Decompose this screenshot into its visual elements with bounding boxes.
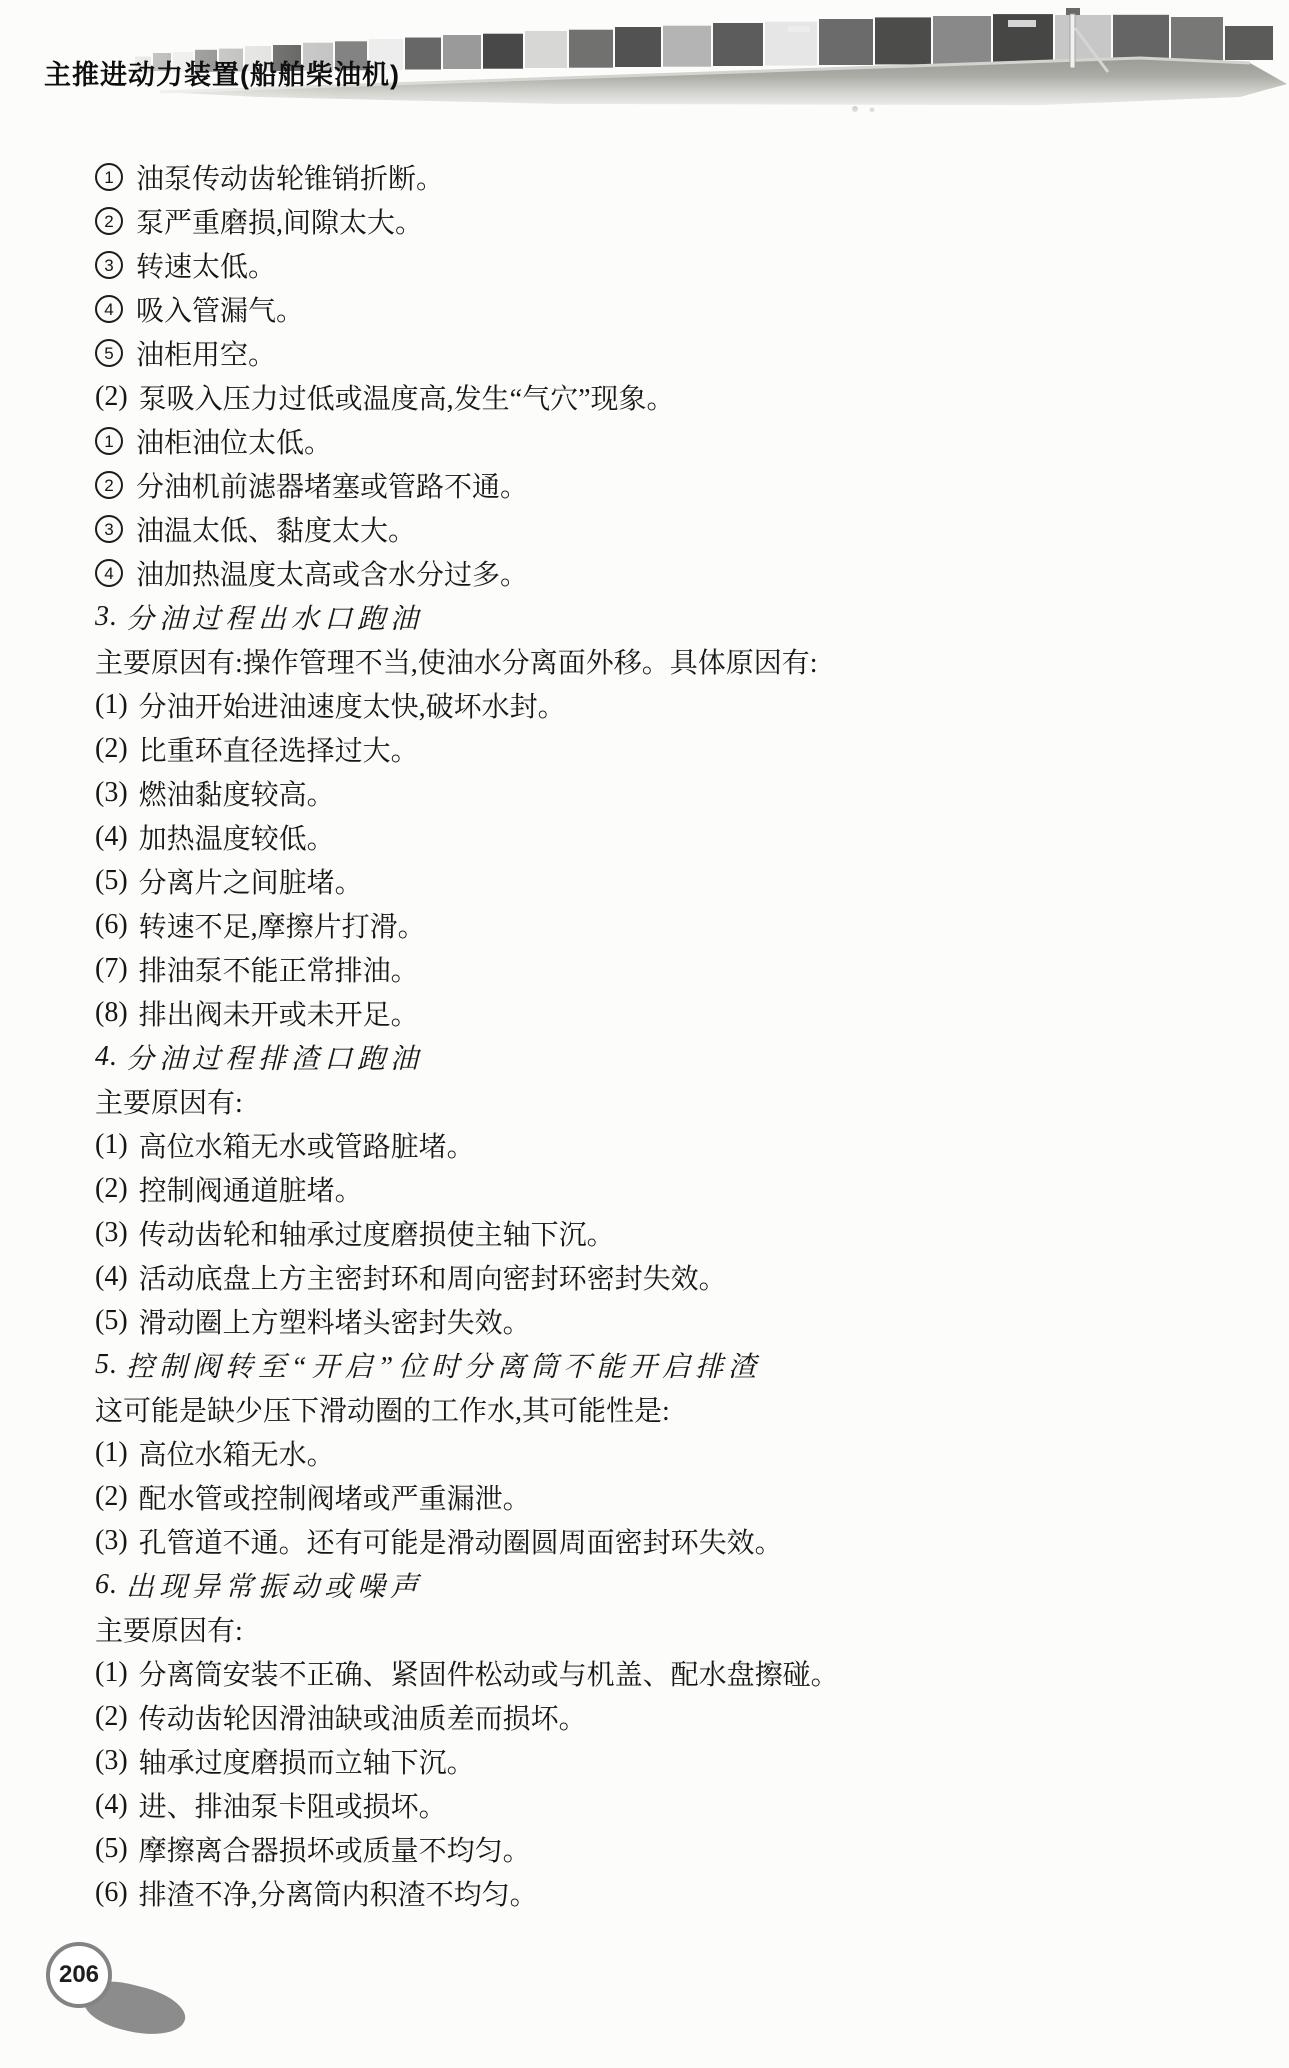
text-line: (4)进、排油泵卡阻或损坏。 [95, 1783, 1235, 1827]
text-line: (2)配水管或控制阀堵或严重漏泄。 [95, 1475, 1235, 1519]
text-line: (3)燃油黏度较高。 [95, 771, 1235, 815]
circled-number: 1 [95, 427, 123, 455]
text-line: 6.出现异常振动或噪声 [95, 1563, 1235, 1607]
line-text: 吸入管漏气。 [136, 289, 304, 329]
line-text: 油柜用空。 [136, 333, 276, 373]
item-marker: (6) [95, 909, 128, 941]
text-line: (2)控制阀通道脏堵。 [95, 1167, 1235, 1211]
item-marker: (2) [95, 381, 128, 413]
line-text: 泵严重磨损,间隙太大。 [136, 201, 423, 241]
text-line: 主要原因有: [95, 1607, 1235, 1651]
line-text: 加热温度较低。 [139, 817, 335, 857]
item-marker: (1) [95, 1129, 128, 1161]
circled-number: 2 [95, 471, 123, 499]
item-marker: (6) [95, 1877, 128, 1909]
text-line: (5)滑动圈上方塑料堵头密封失效。 [95, 1299, 1235, 1343]
text-line: (2)比重环直径选择过大。 [95, 727, 1235, 771]
text-line: (6)转速不足,摩擦片打滑。 [95, 903, 1235, 947]
item-marker: (1) [95, 689, 128, 721]
line-text: 滑动圈上方塑料堵头密封失效。 [139, 1301, 531, 1341]
page-title: 主推进动力装置(船舶柴油机) [44, 53, 400, 92]
book-page: 主推进动力装置(船舶柴油机) 1油泵传动齿轮锥销折断。2泵严重磨损,间隙太大。3… [0, 0, 1289, 2068]
text-line: (4)加热温度较低。 [95, 815, 1235, 859]
line-text: 控制阀转至“开启”位时分离筒不能开启排渣 [126, 1345, 761, 1385]
item-marker: (5) [95, 865, 128, 897]
line-text: 比重环直径选择过大。 [139, 729, 419, 769]
text-line: (2)传动齿轮因滑油缺或油质差而损坏。 [95, 1695, 1235, 1739]
item-marker: 4. [95, 1041, 118, 1073]
line-text: 油柜油位太低。 [136, 421, 332, 461]
line-text: 高位水箱无水或管路脏堵。 [139, 1125, 475, 1165]
item-marker: (3) [95, 777, 128, 809]
circled-number: 5 [95, 339, 123, 367]
text-line: (3)轴承过度磨损而立轴下沉。 [95, 1739, 1235, 1783]
line-text: 摩擦离合器损坏或质量不均匀。 [139, 1829, 531, 1869]
text-line: 1油柜油位太低。 [95, 419, 1235, 463]
line-text: 排出阀未开或未开足。 [139, 993, 419, 1033]
page-number: 206 [59, 1961, 99, 1989]
page-number-badge: 206 [46, 1942, 112, 2008]
line-text: 油温太低、黏度太大。 [136, 509, 416, 549]
item-marker: (2) [95, 733, 128, 765]
circled-number: 3 [95, 515, 123, 543]
line-text: 出现异常振动或噪声 [126, 1565, 423, 1605]
line-text: 高位水箱无水。 [139, 1433, 335, 1473]
line-text: 分油过程排渣口跑油 [126, 1037, 423, 1077]
item-marker: (4) [95, 1261, 128, 1293]
item-marker: (1) [95, 1657, 128, 1689]
item-marker: (8) [95, 997, 128, 1029]
line-text: 分油开始进油速度太快,破坏水封。 [139, 685, 566, 725]
text-line: (7)排油泵不能正常排油。 [95, 947, 1235, 991]
item-marker: (4) [95, 821, 128, 853]
text-line: 3油温太低、黏度太大。 [95, 507, 1235, 551]
item-marker: (7) [95, 953, 128, 985]
text-line: 主要原因有: [95, 1079, 1235, 1123]
line-text: 轴承过度磨损而立轴下沉。 [139, 1741, 475, 1781]
circled-number: 4 [95, 295, 123, 323]
line-text: 控制阀通道脏堵。 [139, 1169, 363, 1209]
item-marker: (2) [95, 1481, 128, 1513]
line-text: 孔管道不通。还有可能是滑动圈圆周面密封环失效。 [139, 1521, 783, 1561]
line-text: 泵吸入压力过低或温度高,发生“气穴”现象。 [139, 377, 675, 417]
text-line: (3)传动齿轮和轴承过度磨损使主轴下沉。 [95, 1211, 1235, 1255]
line-text: 配水管或控制阀堵或严重漏泄。 [139, 1477, 531, 1517]
item-marker: (3) [95, 1525, 128, 1557]
line-text: 排油泵不能正常排油。 [139, 949, 419, 989]
line-text: 主要原因有: [95, 1081, 243, 1121]
text-line: (1)高位水箱无水。 [95, 1431, 1235, 1475]
line-text: 转速太低。 [136, 245, 276, 285]
text-line: (3)孔管道不通。还有可能是滑动圈圆周面密封环失效。 [95, 1519, 1235, 1563]
line-text: 分油过程出水口跑油 [126, 597, 423, 637]
item-marker: (3) [95, 1217, 128, 1249]
line-text: 分离筒安装不正确、紧固件松动或与机盖、配水盘擦碰。 [139, 1653, 839, 1693]
text-line: 3转速太低。 [95, 243, 1235, 287]
item-marker: (4) [95, 1789, 128, 1821]
text-line: (1)分油开始进油速度太快,破坏水封。 [95, 683, 1235, 727]
content-lines: 1油泵传动齿轮锥销折断。2泵严重磨损,间隙太大。3转速太低。4吸入管漏气。5油柜… [95, 155, 1235, 1915]
line-text: 排渣不净,分离筒内积渣不均匀。 [139, 1873, 538, 1913]
text-line: (6)排渣不净,分离筒内积渣不均匀。 [95, 1871, 1235, 1915]
text-line: 5.控制阀转至“开启”位时分离筒不能开启排渣 [95, 1343, 1235, 1387]
circled-number: 2 [95, 207, 123, 235]
item-marker: 6. [95, 1569, 118, 1601]
text-line: (1)分离筒安装不正确、紧固件松动或与机盖、配水盘擦碰。 [95, 1651, 1235, 1695]
text-line: 2泵严重磨损,间隙太大。 [95, 199, 1235, 243]
line-text: 油加热温度太高或含水分过多。 [136, 553, 528, 593]
circled-number: 3 [95, 251, 123, 279]
item-marker: 3. [95, 601, 118, 633]
text-line: 2分油机前滤器堵塞或管路不通。 [95, 463, 1235, 507]
circled-number: 4 [95, 559, 123, 587]
text-line: 3.分油过程出水口跑油 [95, 595, 1235, 639]
line-text: 传动齿轮因滑油缺或油质差而损坏。 [139, 1697, 587, 1737]
text-line: (4)活动底盘上方主密封环和周向密封环密封失效。 [95, 1255, 1235, 1299]
item-marker: (1) [95, 1437, 128, 1469]
item-marker: (2) [95, 1701, 128, 1733]
line-text: 这可能是缺少压下滑动圈的工作水,其可能性是: [95, 1389, 670, 1429]
line-text: 转速不足,摩擦片打滑。 [139, 905, 426, 945]
text-line: 这可能是缺少压下滑动圈的工作水,其可能性是: [95, 1387, 1235, 1431]
circled-number: 1 [95, 163, 123, 191]
text-line: (2)泵吸入压力过低或温度高,发生“气穴”现象。 [95, 375, 1235, 419]
line-text: 主要原因有:操作管理不当,使油水分离面外移。具体原因有: [95, 641, 818, 681]
page-header: 主推进动力装置(船舶柴油机) [0, 0, 1289, 120]
text-line: (5)摩擦离合器损坏或质量不均匀。 [95, 1827, 1235, 1871]
line-text: 主要原因有: [95, 1609, 243, 1649]
item-marker: 5. [95, 1349, 118, 1381]
line-text: 传动齿轮和轴承过度磨损使主轴下沉。 [139, 1213, 615, 1253]
text-line: 4.分油过程排渣口跑油 [95, 1035, 1235, 1079]
line-text: 进、排油泵卡阻或损坏。 [139, 1785, 447, 1825]
line-text: 活动底盘上方主密封环和周向密封环密封失效。 [139, 1257, 727, 1297]
text-line: (5)分离片之间脏堵。 [95, 859, 1235, 903]
line-text: 油泵传动齿轮锥销折断。 [136, 157, 444, 197]
item-marker: (5) [95, 1305, 128, 1337]
text-line: (1)高位水箱无水或管路脏堵。 [95, 1123, 1235, 1167]
line-text: 分油机前滤器堵塞或管路不通。 [136, 465, 528, 505]
text-line: 1油泵传动齿轮锥销折断。 [95, 155, 1235, 199]
text-line: 4吸入管漏气。 [95, 287, 1235, 331]
text-line: (8)排出阀未开或未开足。 [95, 991, 1235, 1035]
item-marker: (3) [95, 1745, 128, 1777]
item-marker: (5) [95, 1833, 128, 1865]
text-line: 主要原因有:操作管理不当,使油水分离面外移。具体原因有: [95, 639, 1235, 683]
text-line: 4油加热温度太高或含水分过多。 [95, 551, 1235, 595]
item-marker: (2) [95, 1173, 128, 1205]
line-text: 分离片之间脏堵。 [139, 861, 363, 901]
line-text: 燃油黏度较高。 [139, 773, 335, 813]
text-line: 5油柜用空。 [95, 331, 1235, 375]
